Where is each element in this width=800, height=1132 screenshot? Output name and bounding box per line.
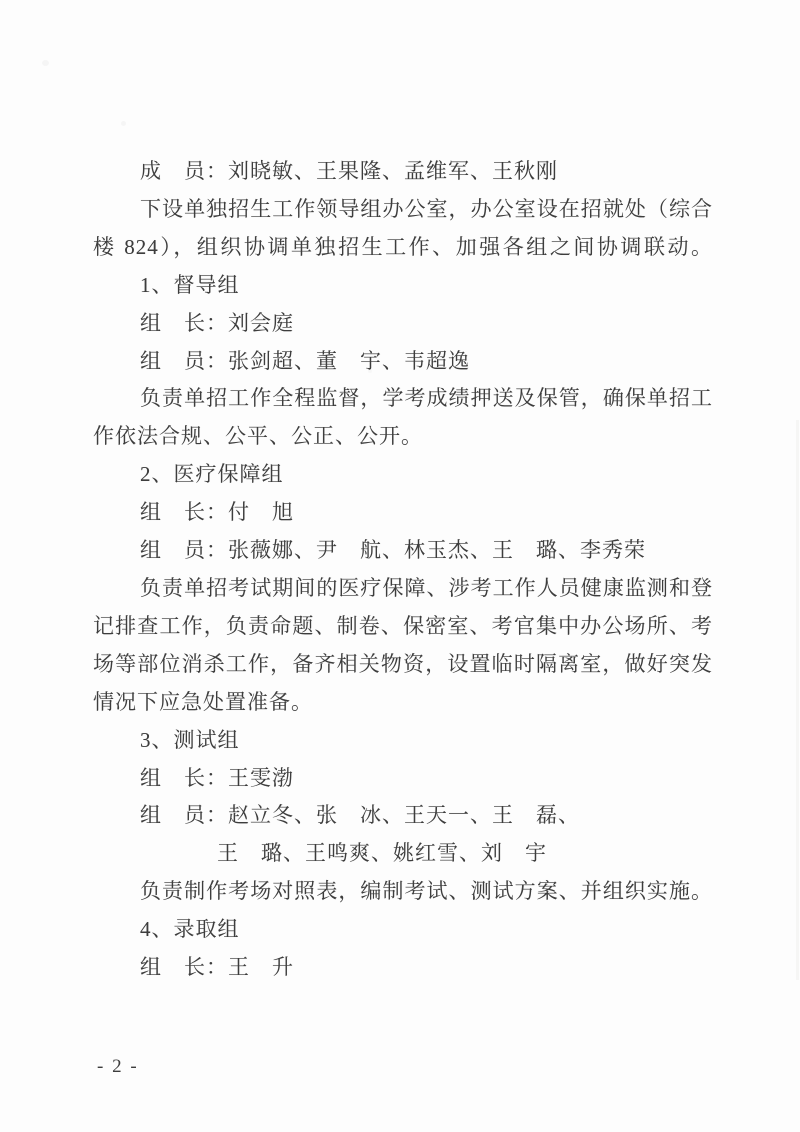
- text-line-office-paragraph: 下设单独招生工作领导组办公室，办公室设在招就处（综合: [93, 191, 713, 229]
- text-line-group3-leader: 组 长：王雯渤: [93, 760, 713, 798]
- text-line-group3-members: 组 员：赵立冬、张 冰、王天一、王 磊、: [93, 797, 713, 835]
- text-line-group3-members: 王 璐、王鸣爽、姚红雪、刘 宇: [93, 835, 713, 873]
- scan-speck: [121, 121, 126, 126]
- text-line-group1-duty: 负责单招工作全程监督，学考成绩押送及保管，确保单招工: [93, 380, 713, 418]
- document-text: 成 员：刘晓敏、王果隆、孟维军、王秋刚 下设单独招生工作领导组办公室，办公室设在…: [93, 153, 713, 987]
- text-line-group2-duty: 负责单招考试期间的医疗保障、涉考工作人员健康监测和登: [93, 570, 713, 608]
- page-number: - 2 -: [97, 1056, 139, 1078]
- text-line-group3-duty: 负责制作考场对照表，编制考试、测试方案、并组织实施。: [93, 873, 713, 911]
- text-line-heading-group-4: 4、录取组: [93, 911, 713, 949]
- text-line-group2-members: 组 员：张薇娜、尹 航、林玉杰、王 璐、李秀荣: [93, 532, 713, 570]
- text-line-group1-leader: 组 长：刘会庭: [93, 305, 713, 343]
- text-line-group1-members: 组 员：张剑超、董 宇、韦超逸: [93, 343, 713, 381]
- text-line-heading-group-3: 3、测试组: [93, 722, 713, 760]
- scan-speck: [42, 60, 49, 66]
- text-line-heading-group-2: 2、医疗保障组: [93, 456, 713, 494]
- text-line-group2-duty: 记排查工作，负责命题、制卷、保密室、考官集中办公场所、考: [93, 608, 713, 646]
- text-line-group4-leader: 组 长：王 升: [93, 949, 713, 987]
- text-line-group1-duty: 作依法合规、公平、公正、公开。: [93, 418, 713, 456]
- document-page: 成 员：刘晓敏、王果隆、孟维军、王秋刚 下设单独招生工作领导组办公室，办公室设在…: [0, 0, 800, 1132]
- text-line-group2-duty: 场等部位消杀工作，备齐相关物资，设置临时隔离室，做好突发: [93, 646, 713, 684]
- text-line-heading-group-1: 1、督导组: [93, 267, 713, 305]
- text-line-office-paragraph: 楼 824），组织协调单独招生工作、加强各组之间协调联动。: [93, 229, 713, 267]
- scan-edge-artifact: [796, 420, 799, 980]
- text-line-members-leadership: 成 员：刘晓敏、王果隆、孟维军、王秋刚: [93, 153, 713, 191]
- text-line-group2-duty: 情况下应急处置准备。: [93, 684, 713, 722]
- text-line-group2-leader: 组 长：付 旭: [93, 494, 713, 532]
